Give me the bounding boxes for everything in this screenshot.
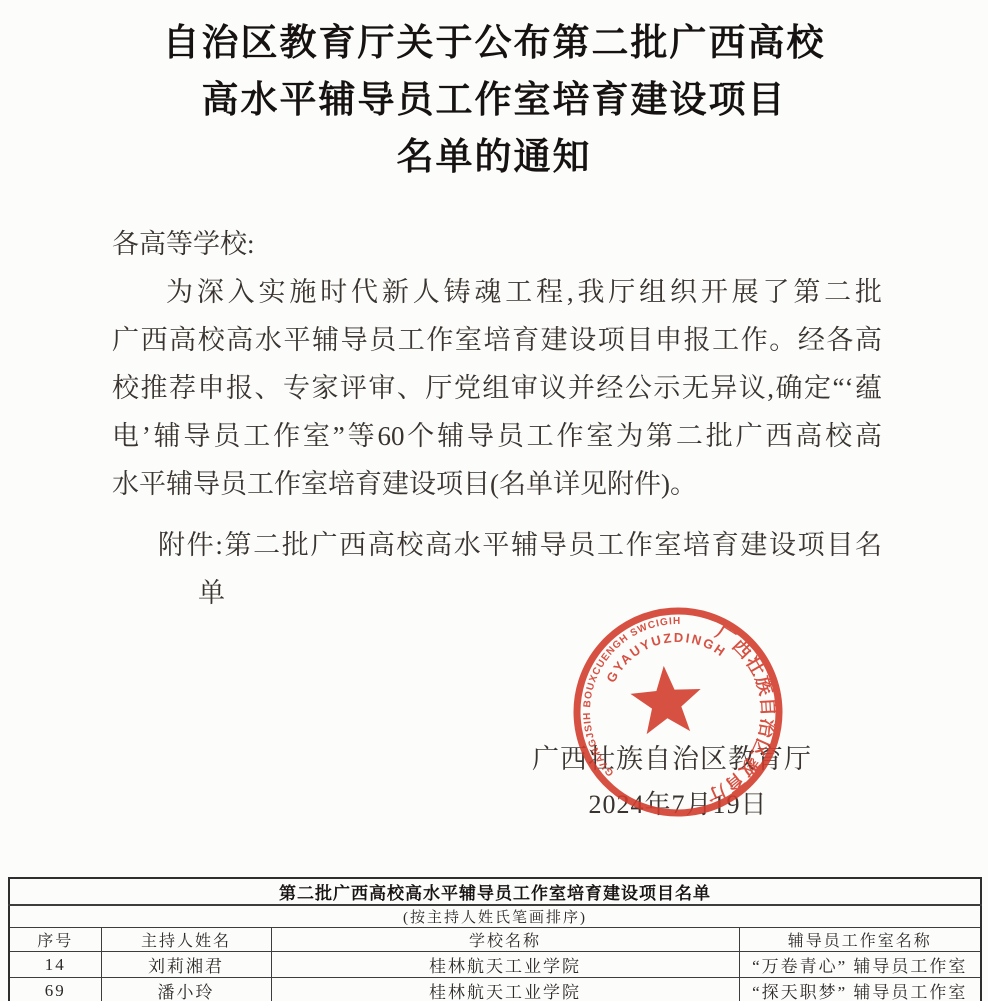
document-title: 自治区教育厅关于公布第二批广西高校 高水平辅导员工作室培育建设项目 名单的通知 — [0, 14, 988, 185]
notice-document: 自治区教育厅关于公布第二批广西高校 高水平辅导员工作室培育建设项目 名单的通知 … — [0, 0, 988, 1001]
cell-school: 桂林航天工业学院 — [271, 952, 739, 978]
table-row: 14 刘莉湘君 桂林航天工业学院 “万卷青心” 辅导员工作室 — [9, 952, 981, 978]
title-line-3: 名单的通知 — [0, 128, 988, 185]
paragraph-line: 为深入实施时代新人铸魂工程,我厅组织开展了第二批 — [112, 268, 882, 316]
attachment-line: 附件:第二批广西高校高水平辅导员工作室培育建设项目名 — [112, 521, 882, 569]
paragraph-line: 电’辅导员工作室”等60个辅导员工作室为第二批广西高校高 — [112, 412, 882, 460]
column-header-school: 学校名称 — [271, 928, 739, 952]
table-subtitle: (按主持人姓氏笔画排序) — [9, 905, 981, 928]
document-body: 各高等学校: 为深入实施时代新人铸魂工程,我厅组织开展了第二批 广西高校高水平辅… — [112, 220, 882, 617]
cell-no: 69 — [9, 978, 101, 1001]
cell-studio: “万卷青心” 辅导员工作室 — [739, 952, 981, 978]
cell-no: 14 — [9, 952, 101, 978]
paragraph-line: 广西高校高水平辅导员工作室培育建设项目申报工作。经各高 — [112, 316, 882, 364]
paragraph-line: 校推荐申报、专家评审、厅党组审议并经公示无异议,确定“‘蕴 — [112, 364, 882, 412]
seal-star-icon — [629, 663, 704, 735]
paragraph-line: 水平辅导员工作室培育建设项目(名单详见附件)。 — [112, 460, 882, 508]
column-header-studio: 辅导员工作室名称 — [739, 928, 981, 952]
title-line-1: 自治区教育厅关于公布第二批广西高校 — [0, 14, 988, 71]
table-title: 第二批广西高校高水平辅导员工作室培育建设项目名单 — [9, 878, 981, 905]
table-row: 69 潘小玲 桂林航天工业学院 “探天职梦” 辅导员工作室 — [9, 978, 981, 1001]
column-header-no: 序号 — [9, 928, 101, 952]
official-seal: GVANGJSIH BOUXCUENGH SWCIGIH GYAUYUZDING… — [558, 592, 797, 831]
title-line-2: 高水平辅导员工作室培育建设项目 — [0, 71, 988, 128]
cell-school: 桂林航天工业学院 — [271, 978, 739, 1001]
cell-name: 刘莉湘君 — [101, 952, 271, 978]
column-header-name: 主持人姓名 — [101, 928, 271, 952]
cell-name: 潘小玲 — [101, 978, 271, 1001]
project-list-table: 第二批广西高校高水平辅导员工作室培育建设项目名单 (按主持人姓氏笔画排序) 序号… — [8, 877, 982, 1001]
cell-studio: “探天职梦” 辅导员工作室 — [739, 978, 981, 1001]
salutation: 各高等学校: — [112, 220, 882, 268]
